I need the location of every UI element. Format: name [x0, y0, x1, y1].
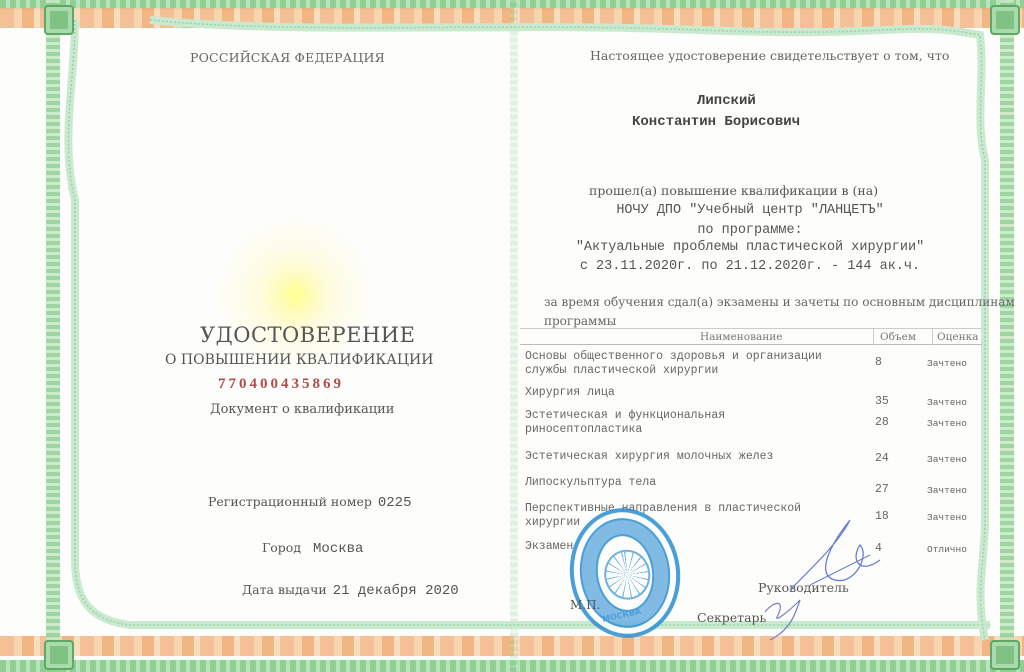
column-header-volume: Объем	[880, 331, 916, 343]
certificate-title: УДОСТОВЕРЕНИЕ	[200, 323, 415, 347]
discipline-volume: 35	[875, 395, 889, 408]
exams-intro-cont: программы	[544, 314, 616, 328]
stamp-city-text: МОСКВА	[601, 607, 641, 624]
column-divider	[932, 329, 933, 345]
discipline-name: Липоскульптура тела	[525, 476, 855, 490]
passed-text: прошел(а) повышение квалификации в (на)	[589, 183, 878, 198]
city-value: Москва	[313, 541, 363, 557]
discipline-volume: 24	[875, 452, 889, 465]
registration-number-line: Регистрационный номер0225	[208, 494, 411, 511]
frame-corner-ornament	[44, 640, 74, 670]
discipline-grade: Зачтено	[927, 418, 967, 429]
discipline-grade: Зачтено	[927, 397, 967, 408]
discipline-volume: 28	[875, 416, 889, 429]
country-heading: РОССИЙСКАЯ ФЕДЕРАЦИЯ	[190, 50, 385, 65]
program-label: по программе:	[520, 223, 980, 238]
program-dates: с 23.11.2020г. по 21.12.2020г. - 144 ак.…	[520, 259, 980, 274]
discipline-grade: Отлично	[927, 544, 967, 555]
discipline-grade: Зачтено	[927, 485, 967, 496]
city-line: ГородМосква	[262, 540, 363, 557]
frame-left-green-border	[46, 0, 60, 672]
intro-text: Настоящее удостоверение свидетельствует …	[590, 48, 949, 63]
issue-date-value: 21 декабря 2020	[333, 583, 459, 599]
discipline-name: Эстетическая хирургия молочных желез	[525, 450, 855, 464]
column-header-grade: Оценка	[937, 331, 978, 343]
document-type: Документ о квалификации	[210, 402, 394, 417]
column-header-name: Наименование	[700, 331, 783, 343]
page-fold-line	[510, 0, 518, 672]
column-divider	[873, 329, 874, 345]
discipline-name: Хирургия лица	[525, 386, 855, 400]
guilloche-rosette-watermark	[215, 215, 375, 375]
serial-number: 770400435869	[218, 376, 344, 393]
secretary-signature-label: Секретарь	[697, 610, 766, 625]
discipline-name: Эстетическая и функциональная риносептоп…	[525, 409, 855, 437]
table-header: Наименование Объем Оценка	[520, 328, 982, 345]
organization-name: НОЧУ ДПО "Учебный центр "ЛАНЦЕТЪ"	[520, 203, 980, 218]
head-signature-label: Руководитель	[758, 580, 849, 595]
seal-label: М.П.	[570, 598, 600, 612]
frame-right-green-border	[1000, 0, 1014, 672]
discipline-grade: Зачтено	[927, 358, 967, 369]
frame-corner-ornament	[990, 5, 1020, 35]
discipline-volume: 27	[875, 483, 889, 496]
discipline-name: Перспективные направления в пластической…	[525, 502, 855, 530]
frame-corner-ornament	[990, 640, 1020, 670]
frame-corner-ornament	[44, 5, 74, 35]
discipline-name: Основы общественного здоровья и организа…	[525, 350, 855, 378]
discipline-grade: Зачтено	[927, 454, 967, 465]
discipline-grade: Зачтено	[927, 512, 967, 523]
discipline-volume: 8	[875, 356, 882, 369]
registration-label: Регистрационный номер	[208, 494, 372, 509]
holder-surname: Липский	[697, 93, 756, 109]
holder-given-names: Константин Борисович	[632, 114, 800, 130]
stamp-flower-emblem	[601, 547, 654, 603]
city-label: Город	[262, 540, 301, 555]
discipline-volume: 18	[875, 510, 889, 523]
issue-date-label: Дата выдачи	[242, 582, 327, 597]
certificate-subtitle: О ПОВЫШЕНИИ КВАЛИФИКАЦИИ	[165, 352, 433, 368]
discipline-volume: 4	[875, 542, 882, 555]
issue-date-line: Дата выдачи21 декабря 2020	[242, 582, 459, 599]
exams-intro: за время обучения сдал(а) экзамены и зач…	[544, 295, 1015, 309]
program-name: "Актуальные проблемы пластической хирург…	[520, 240, 980, 255]
registration-number: 0225	[378, 495, 412, 511]
